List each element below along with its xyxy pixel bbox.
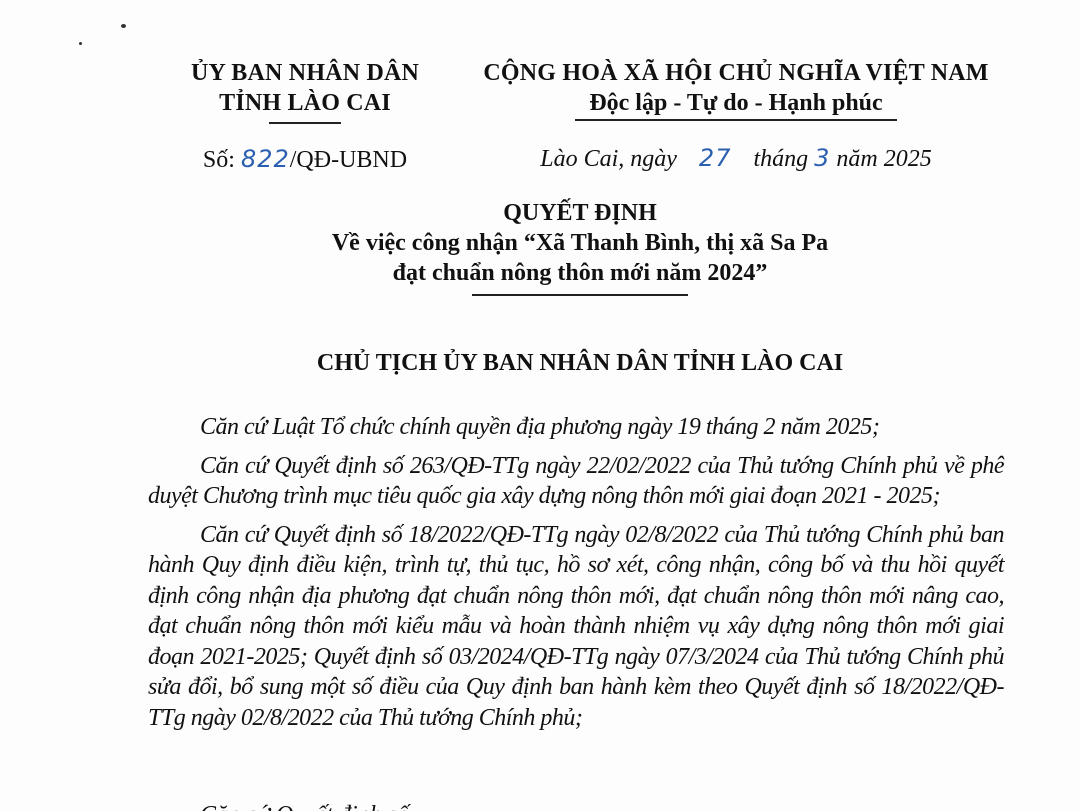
month-label: tháng	[753, 146, 808, 172]
number-handwritten: 822	[241, 145, 290, 173]
scan-speck	[121, 24, 126, 28]
title-underline	[472, 294, 688, 296]
national-motto: Độc lập - Tự do - Hạnh phúc	[460, 88, 1012, 118]
motto-underline	[575, 119, 897, 121]
scan-speck	[79, 42, 82, 45]
document-number: Số: 822/QĐ-UBND	[140, 144, 470, 175]
national-block: CỘNG HOÀ XÃ HỘI CHỦ NGHĨA VIỆT NAM Độc l…	[460, 58, 1012, 174]
issuer-line-1: ỦY BAN NHÂN DÂN	[140, 58, 470, 88]
decision-subject-line-2: đạt chuẩn nông thôn mới năm 2024”	[140, 258, 1020, 288]
day-handwritten: 27	[699, 144, 732, 172]
legal-bases: Căn cứ Luật Tổ chức chính quyền địa phươ…	[148, 412, 1004, 741]
month-handwritten: 3	[814, 144, 830, 172]
document-page: ỦY BAN NHÂN DÂN TỈNH LÀO CAI Số: 822/QĐ-…	[0, 0, 1080, 811]
issuer-block: ỦY BAN NHÂN DÂN TỈNH LÀO CAI Số: 822/QĐ-…	[140, 58, 470, 175]
issuer-line-2: TỈNH LÀO CAI	[140, 88, 470, 118]
decision-heading: QUYẾT ĐỊNH	[140, 198, 1020, 228]
legal-basis-paragraph: Căn cứ Quyết định số 263/QĐ-TTg ngày 22/…	[148, 451, 1004, 512]
national-title: CỘNG HOÀ XÃ HỘI CHỦ NGHĨA VIỆT NAM	[460, 58, 1012, 88]
decision-title-block: QUYẾT ĐỊNH Về việc công nhận “Xã Thanh B…	[140, 198, 1020, 296]
year-text: năm 2025	[836, 146, 931, 172]
legal-basis-paragraph: Căn cứ Luật Tổ chức chính quyền địa phươ…	[148, 412, 1004, 443]
decision-subject-line-1: Về việc công nhận “Xã Thanh Bình, thị xã…	[140, 228, 1020, 258]
issuer-underline	[269, 122, 341, 124]
place-date-prefix: Lào Cai, ngày	[540, 146, 677, 172]
cut-off-next-line: Căn cứ Quyết định số	[200, 800, 500, 811]
place-date: Lào Cai, ngày 27 tháng 3 năm 2025	[460, 143, 1012, 174]
number-suffix: /QĐ-UBND	[290, 147, 407, 173]
number-prefix: Số:	[203, 147, 235, 173]
legal-basis-paragraph: Căn cứ Quyết định số 18/2022/QĐ-TTg ngày…	[148, 520, 1004, 734]
authority-heading: CHỦ TỊCH ỦY BAN NHÂN DÂN TỈNH LÀO CAI	[140, 348, 1020, 378]
